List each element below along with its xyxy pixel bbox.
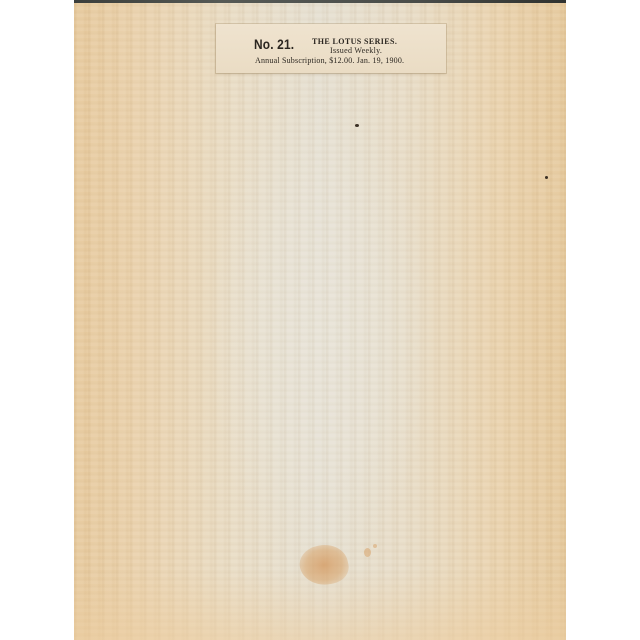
cover-top-edge — [74, 0, 566, 3]
ink-speck — [355, 124, 359, 127]
series-title: THE LOTUS SERIES. — [312, 37, 397, 46]
issue-number: No. 21. — [254, 36, 294, 52]
scan-canvas: No. 21. THE LOTUS SERIES. Issued Weekly.… — [0, 0, 640, 640]
issue-frequency: Issued Weekly. — [330, 46, 382, 55]
foxing-spot — [373, 544, 377, 548]
foxing-spot — [364, 548, 371, 557]
booklet-cover — [74, 0, 566, 640]
title-label: No. 21. THE LOTUS SERIES. Issued Weekly.… — [216, 24, 446, 73]
subscription-and-date: Annual Subscription, $12.00. Jan. 19, 19… — [255, 56, 404, 65]
ink-speck — [545, 176, 548, 179]
